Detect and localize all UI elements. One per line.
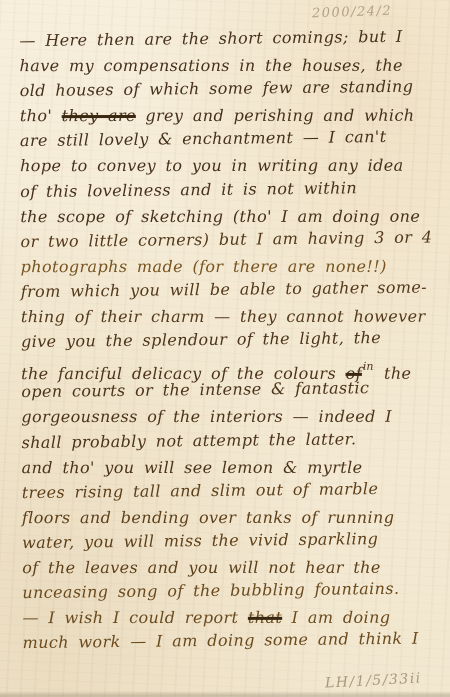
line-text: — I wish I could report <box>22 608 247 627</box>
letter-scan-page: 2000/24/2 — Here then are the short comi… <box>0 0 450 697</box>
line-text: I am doing <box>282 608 390 627</box>
manuscript-line: — Here then are the short comings; but I <box>19 23 446 53</box>
catalog-number-top: 2000/24/2 <box>312 4 393 22</box>
manuscript-line: old houses of which some few are standin… <box>20 73 447 103</box>
line-text: grey and perishing and which <box>136 106 415 125</box>
manuscript-line: of this loveliness and it is not within <box>20 174 447 204</box>
interlinear-insertion: in <box>363 360 374 373</box>
manuscript-line: open courts or the intense & fantastic <box>21 375 448 405</box>
manuscript-line: shall probably not attempt the latter. <box>21 425 448 455</box>
manuscript-line: give you the splendour of the light, the <box>21 324 448 354</box>
manuscript-line: from which you will be able to gather so… <box>21 274 448 304</box>
manuscript-body: — Here then are the short comings; but I… <box>19 26 449 656</box>
manuscript-line: trees rising tall and slim out of marble <box>22 475 449 505</box>
catalog-number-bottom: LH/1/5/33ii <box>325 670 422 691</box>
manuscript-line: or two little corners) but I am having 3… <box>20 224 447 254</box>
struck-out-word: that <box>248 608 282 627</box>
struck-out-words: they are <box>62 106 136 125</box>
manuscript-line: unceasing song of the bubbling fountains… <box>22 575 449 605</box>
manuscript-line: are still lovely & enchantment — I can't <box>20 124 447 154</box>
manuscript-line: much work — I am doing some and think I <box>22 626 449 656</box>
line-text: tho' <box>20 106 62 125</box>
manuscript-line: water, you will miss the vivid sparkling <box>22 525 449 555</box>
